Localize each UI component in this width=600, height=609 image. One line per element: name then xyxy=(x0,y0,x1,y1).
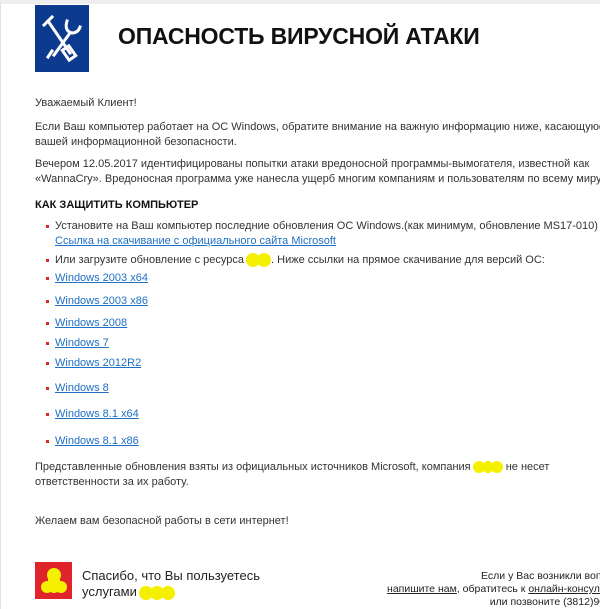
os-link-item: Windows 2012R2 xyxy=(46,356,141,371)
os-link-item: Windows 7 xyxy=(46,336,109,351)
attack-paragraph: Вечером 12.05.2017 идентифицированы попы… xyxy=(35,157,600,187)
redaction-mark xyxy=(257,253,271,267)
footer-logo xyxy=(35,562,72,599)
write-us-link[interactable]: напишите нам xyxy=(387,583,457,595)
attack-line-2: «WannaCry». Вредоносная программа уже на… xyxy=(35,172,600,187)
bullet-icon xyxy=(46,413,49,416)
intro-line-1: Если Ваш компьютер работает на ОС Window… xyxy=(35,120,600,135)
bullet-icon xyxy=(46,387,49,390)
bullet-icon xyxy=(46,362,49,365)
os-download-link[interactable]: Windows 8.1 x86 xyxy=(55,435,139,447)
bullet-icon xyxy=(46,342,49,345)
bullet-icon xyxy=(46,225,49,228)
step-2-text-after: . Ниже ссылки на прямое скачивание для в… xyxy=(271,254,545,266)
os-download-link[interactable]: Windows 7 xyxy=(55,337,109,349)
os-link-item: Windows 8.1 x64 xyxy=(46,407,139,422)
header-logo xyxy=(35,5,89,72)
microsoft-download-link[interactable]: Ссылка на скачивание с официального сайт… xyxy=(55,235,336,247)
step-2-text: Или загрузите обновление с ресурса xyxy=(55,254,244,266)
os-download-link[interactable]: Windows 2008 xyxy=(55,317,127,329)
os-download-link[interactable]: Windows 2003 x86 xyxy=(55,295,148,307)
bullet-icon xyxy=(46,300,49,303)
intro-line-2: вашей информационной безопасности. xyxy=(35,135,600,150)
os-download-link[interactable]: Windows 8 xyxy=(55,382,109,394)
thanks-line-1: Спасибо, что Вы пользуетесь xyxy=(82,568,260,584)
os-link-item: Windows 2003 x64 xyxy=(46,271,148,286)
section-heading: КАК ЗАЩИТИТЬ КОМПЬЮТЕР xyxy=(35,199,198,211)
step-2: Или загрузите обновление с ресурса. Ниже… xyxy=(46,253,545,268)
step-1: Установите на Ваш компьютер последние об… xyxy=(46,219,598,249)
disclaimer-line-2: ответственности за их работу. xyxy=(35,475,549,490)
contact-mid: , обратитесь к xyxy=(457,583,529,595)
brand-logo-icon xyxy=(38,565,69,596)
os-link-item: Windows 8 xyxy=(46,381,109,396)
greeting: Уважаемый Клиент! xyxy=(35,96,137,111)
bullet-icon xyxy=(46,277,49,280)
disclaimer-text: Представленные обновления взяты из офици… xyxy=(35,461,471,473)
os-link-item: Windows 2008 xyxy=(46,316,127,331)
redaction-mark xyxy=(161,586,175,600)
contact-block: Если у Вас возникли вопросы, напишите на… xyxy=(455,570,600,609)
bullet-icon xyxy=(46,259,49,262)
bullet-icon xyxy=(46,322,49,325)
tools-icon xyxy=(40,13,84,63)
os-download-link[interactable]: Windows 2003 x64 xyxy=(55,272,148,284)
wish: Желаем вам безопасной работы в сети инте… xyxy=(35,514,289,529)
os-download-link[interactable]: Windows 2012R2 xyxy=(55,357,141,369)
os-download-link[interactable]: Windows 8.1 x64 xyxy=(55,408,139,420)
step-1-text: Установите на Ваш компьютер последние об… xyxy=(55,219,598,234)
bullet-icon xyxy=(46,440,49,443)
thanks-line-2: услугами xyxy=(82,584,137,599)
contact-line-1: Если у Вас возникли вопросы, xyxy=(455,570,600,583)
disclaimer-text-after: не несет xyxy=(506,461,550,473)
online-consultant-link[interactable]: онлайн-консультанту xyxy=(528,583,600,595)
attack-line-1: Вечером 12.05.2017 идентифицированы попы… xyxy=(35,157,600,172)
disclaimer: Представленные обновления взяты из офици… xyxy=(35,460,549,490)
redaction-mark xyxy=(491,461,503,473)
intro-paragraph: Если Ваш компьютер работает на ОС Window… xyxy=(35,120,600,150)
page-title: ОПАСНОСТЬ ВИРУСНОЙ АТАКИ xyxy=(118,23,480,50)
contact-phone: или позвоните (3812)905-5 xyxy=(455,596,600,609)
os-link-item: Windows 2003 x86 xyxy=(46,294,148,309)
os-link-item: Windows 8.1 x86 xyxy=(46,434,139,449)
thanks-text: Спасибо, что Вы пользуетесь услугами xyxy=(82,568,260,600)
